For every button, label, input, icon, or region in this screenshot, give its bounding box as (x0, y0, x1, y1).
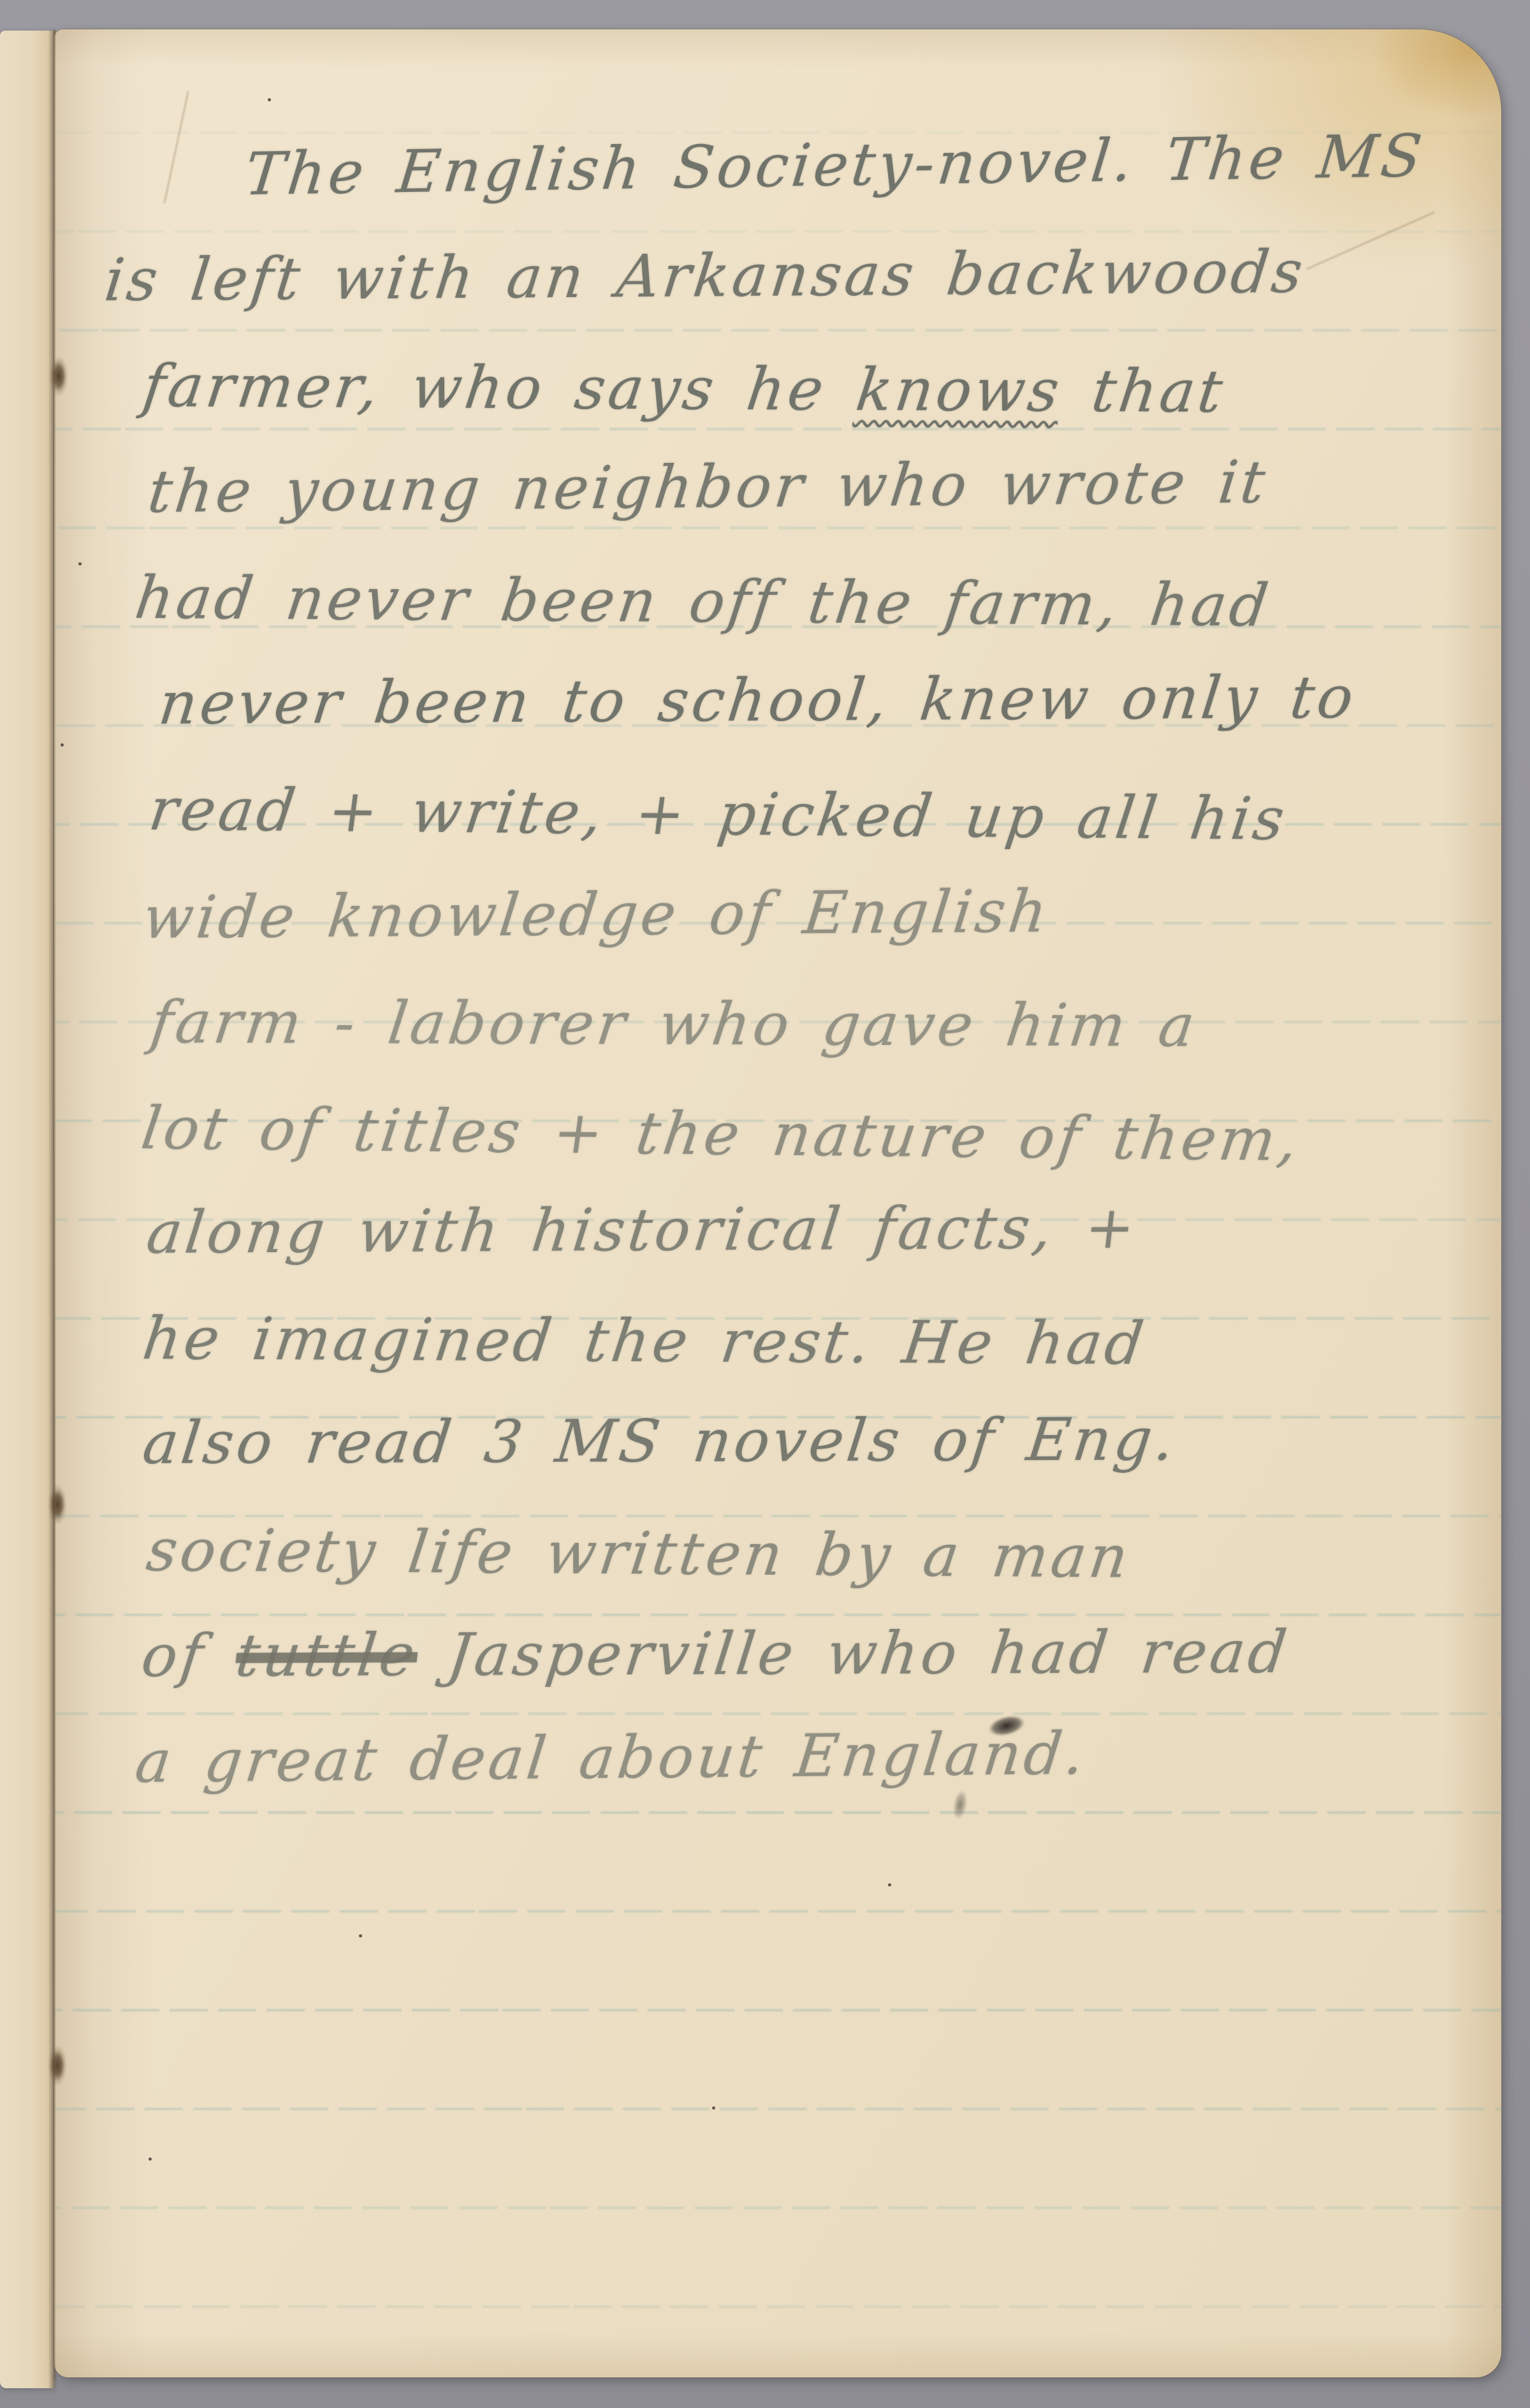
handwriting-text: also read 3 MS novels of Eng. (140, 1405, 1181, 1477)
dust-speck (888, 1883, 891, 1886)
handwriting-text: society life written by a man (143, 1516, 1135, 1591)
handwriting-line: had never been off the farm, had (132, 569, 1274, 635)
handwriting-line: is left with an Arkansas backwoods (102, 243, 1309, 310)
handwriting-line: farmer, who says he knows that (140, 357, 1228, 421)
handwriting-line: farm - laborer who gave him a (147, 993, 1201, 1056)
handwriting-text: lot of titles + the nature of them, (138, 1094, 1305, 1174)
handwriting-text: never been to school, knew only to (156, 663, 1360, 738)
handwriting-block: The English Society-novel. The MSis left… (54, 29, 1501, 2377)
handwriting-text: had never been off the farm, had (131, 564, 1275, 639)
notebook-page: The English Society-novel. The MSis left… (54, 29, 1501, 2377)
dust-speck (78, 562, 82, 566)
dust-speck (712, 2106, 715, 2110)
gutter-crease (54, 29, 55, 2381)
handwriting-text: of (138, 1621, 240, 1690)
handwriting-text: that (1058, 357, 1230, 426)
handwriting-line: of tuttle Jasperville who had read (139, 1623, 1293, 1686)
handwriting-text: farmer, who says he (139, 352, 861, 424)
handwriting-text: Jasperville who had read (413, 1618, 1293, 1689)
handwriting-text: The English Society-novel. The MS (242, 122, 1428, 208)
facing-page-edge (0, 31, 55, 2388)
handwriting-text: wide knowledge of English (140, 877, 1054, 952)
stitch-hole (48, 2045, 67, 2086)
handwriting-line: a great deal about England. (133, 1725, 1090, 1791)
handwriting-line: he imagined the rest. He had (140, 1310, 1149, 1373)
handwriting-line: lot of titles + the nature of them, (138, 1099, 1304, 1170)
handwriting-line: also read 3 MS novels of Eng. (140, 1410, 1181, 1473)
handwriting-text: a great deal about England. (132, 1719, 1091, 1796)
struck-word: tuttle (232, 1621, 421, 1689)
handwriting-text: is left with an Arkansas backwoods (101, 238, 1309, 314)
photo-background: The English Society-novel. The MSis left… (0, 0, 1530, 2408)
handwriting-text: read + write, + picked up all his (145, 775, 1292, 853)
handwriting-line: read + write, + picked up all his (146, 780, 1291, 849)
handwriting-line: society life written by a man (143, 1521, 1134, 1587)
handwriting-line: along with historical facts, + (144, 1199, 1141, 1262)
handwriting-text: he imagined the rest. He had (139, 1304, 1150, 1378)
stitch-hole (48, 1484, 67, 1525)
handwriting-line: never been to school, knew only to (156, 668, 1360, 733)
handwriting-line: The English Society-novel. The MS (242, 127, 1427, 204)
handwriting-text: farm - laborer who gave him a (147, 988, 1201, 1060)
stitch-hole (49, 356, 68, 397)
dust-speck (61, 743, 64, 747)
handwriting-text: the young neighbor who wrote it (145, 448, 1272, 526)
handwriting-text: along with historical facts, + (143, 1193, 1142, 1267)
underlined-word: knows (852, 356, 1066, 425)
handwriting-line: wide knowledge of English (140, 882, 1053, 947)
handwriting-line: the young neighbor who wrote it (145, 453, 1271, 522)
dust-speck (268, 98, 271, 101)
dust-speck (359, 1934, 362, 1937)
dust-speck (149, 2157, 152, 2161)
